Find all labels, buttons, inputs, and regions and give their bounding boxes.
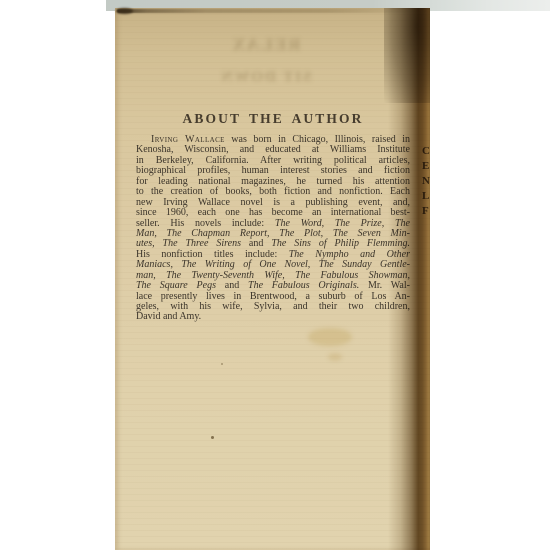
show-through-text-line1: RELAX: [173, 35, 358, 55]
paper-speck: [211, 436, 214, 439]
paragraph: Irving Wallace was born in Chicago, Illi…: [136, 135, 410, 323]
adjacent-print-fragment: N: [422, 175, 431, 184]
adjacent-print-fragment: C: [422, 145, 431, 154]
page-curl-top-shadow: [384, 8, 430, 103]
paper-speck: [221, 363, 223, 365]
book-page: RELAX SIT DOWN ABOUT THE AUTHOR Irving W…: [115, 8, 430, 550]
show-through-text-line2: SIT DOWN: [173, 69, 358, 86]
adjacent-print-fragment: L: [422, 190, 431, 199]
paper-stain: [308, 328, 352, 346]
page-heading: ABOUT THE AUTHOR: [136, 111, 410, 127]
scanned-book-page-photo: RELAX SIT DOWN ABOUT THE AUTHOR Irving W…: [0, 0, 550, 550]
adjacent-print-fragment: F: [422, 205, 431, 214]
paragraph-line: David and Amy.: [136, 312, 410, 322]
adjacent-print-fragment: E: [422, 160, 431, 169]
page-corner-shadow: [116, 8, 133, 14]
page-top-edge-shadow: [117, 9, 417, 13]
paper-stain: [328, 353, 342, 361]
